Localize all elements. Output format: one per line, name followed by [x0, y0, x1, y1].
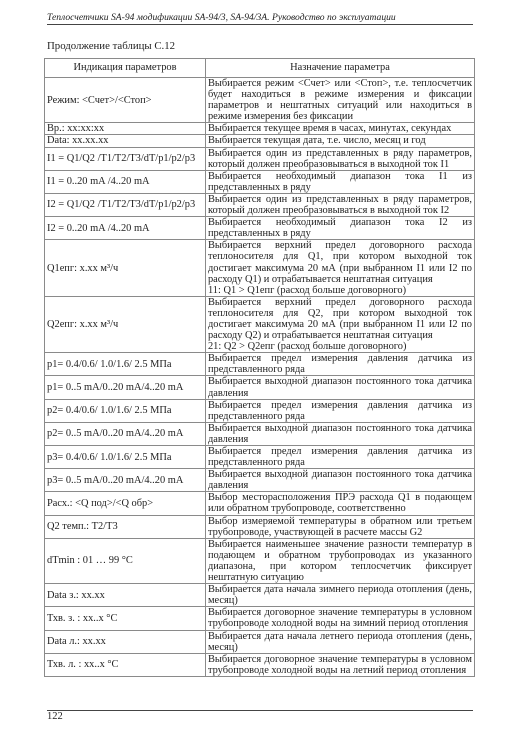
parameter-description: Выбирается необходимый диапазон тока I1 … [205, 170, 474, 193]
description-text: Выбирается один из представленных в ряду… [208, 148, 472, 170]
table-row: p1= 0.4/0.6/ 1.0/1.6/ 2.5 МПаВыбирается … [45, 353, 475, 376]
description-text: Выбирается текущее время в часах, минута… [208, 123, 472, 134]
description-text: Выбирается наименьшее значение разности … [208, 539, 472, 583]
table-row: I2 = Q1/Q2 /T1/T2/T3/dT/p1/p2/p3Выбирает… [45, 193, 475, 216]
parameter-indication: p3= 0..5 mA/0..20 mA/4..20 mA [45, 469, 206, 492]
description-text: Выбор месторасположения ПРЭ расхода Q1 в… [208, 492, 472, 514]
description-text: Выбирается выходной диапазон постоянного… [208, 376, 472, 398]
parameter-indication: Q2епг: x.xx м³/ч [45, 296, 206, 352]
parameter-description: Выбирается договорное значение температу… [205, 607, 474, 630]
footer-divider [47, 710, 473, 711]
parameter-indication: Q2 темп.: T2/T3 [45, 515, 206, 538]
parameter-description: Выбирается выходной диапазон постоянного… [205, 422, 474, 445]
parameter-description: Выбирается договорное значение температу… [205, 653, 474, 676]
column-header-purpose: Назначение параметра [205, 59, 474, 78]
parameter-indication: p2= 0..5 mA/0..20 mA/4..20 mA [45, 422, 206, 445]
parameter-indication: p3= 0.4/0.6/ 1.0/1.6/ 2.5 МПа [45, 446, 206, 469]
parameter-indication: I2 = 0..20 mA /4..20 mA [45, 217, 206, 240]
table-row: p3= 0..5 mA/0..20 mA/4..20 mAВыбирается … [45, 469, 475, 492]
parameter-description: Выбор месторасположения ПРЭ расхода Q1 в… [205, 492, 474, 515]
description-text: Выбор измеряемой температуры в обратном … [208, 516, 472, 538]
parameter-indication: Тхв. л. : xx..x °C [45, 653, 206, 676]
table-header-row: Индикация параметров Назначение параметр… [45, 59, 475, 78]
description-text: Выбирается текущая дата, т.е. число, мес… [208, 135, 472, 146]
table-caption: Продолжение таблицы С.12 [47, 40, 175, 52]
description-text: Выбирается предел измерения давления дат… [208, 446, 472, 468]
parameter-indication: I1 = 0..20 mA /4..20 mA [45, 170, 206, 193]
table-row: I1 = 0..20 mA /4..20 mAВыбирается необхо… [45, 170, 475, 193]
parameter-description: Выбирается наименьшее значение разности … [205, 538, 474, 583]
page-number: 122 [47, 711, 63, 722]
parameter-description: Выбирается выходной диапазон постоянного… [205, 469, 474, 492]
parameter-description: Выбирается предел измерения давления дат… [205, 399, 474, 422]
table-row: Data: xx.xx.xxВыбирается текущая дата, т… [45, 135, 475, 147]
alarm-condition-text: 11: Q1 > Q1епг (расход больше договорног… [208, 285, 472, 296]
description-text: Выбирается верхний предел договорного ра… [208, 240, 472, 284]
table-row: Q1епг: x.xx м³/чВыбирается верхний преде… [45, 240, 475, 296]
parameter-description: Выбирается один из представленных в ряду… [205, 147, 474, 170]
table-row: p3= 0.4/0.6/ 1.0/1.6/ 2.5 МПаВыбирается … [45, 446, 475, 469]
parameter-description: Выбирается предел измерения давления дат… [205, 353, 474, 376]
parameter-description: Выбирается выходной диапазон постоянного… [205, 376, 474, 399]
table-row: Q2епг: x.xx м³/чВыбирается верхний преде… [45, 296, 475, 352]
parameter-indication: dTmin : 01 … 99 °C [45, 538, 206, 583]
parameter-indication: Data: xx.xx.xx [45, 135, 206, 147]
parameter-indication: Вр.: xx:xx:xx [45, 123, 206, 135]
parameter-description: Выбор измеряемой температуры в обратном … [205, 515, 474, 538]
table-row: Тхв. з. : xx..x °CВыбирается договорное … [45, 607, 475, 630]
table-row: I2 = 0..20 mA /4..20 mAВыбирается необхо… [45, 217, 475, 240]
parameters-table: Индикация параметров Назначение параметр… [44, 58, 475, 677]
parameter-description: Выбирается режим <Счет> или <Стоп>, т.е.… [205, 78, 474, 123]
description-text: Выбирается дата начала летнего периода о… [208, 631, 472, 653]
description-text: Выбирается предел измерения давления дат… [208, 353, 472, 375]
parameter-description: Выбирается верхний предел договорного ра… [205, 240, 474, 296]
parameter-indication: Data л.: xx.xx [45, 630, 206, 653]
description-text: Выбирается режим <Счет> или <Стоп>, т.е.… [208, 78, 472, 122]
parameter-description: Выбирается верхний предел договорного ра… [205, 296, 474, 352]
table-row: Режим: <Счет>/<Стоп>Выбирается режим <Сч… [45, 78, 475, 123]
description-text: Выбирается договорное значение температу… [208, 654, 472, 676]
parameter-indication: Режим: <Счет>/<Стоп> [45, 78, 206, 123]
running-header: Теплосчетчики SA-94 модификации SA-94/3,… [47, 12, 473, 25]
table-row: Data л.: xx.xxВыбирается дата начала лет… [45, 630, 475, 653]
parameter-description: Выбирается один из представленных в ряду… [205, 193, 474, 216]
table-body: Режим: <Счет>/<Стоп>Выбирается режим <Сч… [45, 78, 475, 677]
parameter-description: Выбирается необходимый диапазон тока I2 … [205, 217, 474, 240]
description-text: Выбирается дата начала зимнего периода о… [208, 584, 472, 606]
parameter-indication: Расх.: <Q под>/<Q обр> [45, 492, 206, 515]
description-text: Выбирается договорное значение температу… [208, 607, 472, 629]
table-row: I1 = Q1/Q2 /T1/T2/T3/dT/p1/p2/p3Выбирает… [45, 147, 475, 170]
column-header-indication: Индикация параметров [45, 59, 206, 78]
parameter-description: Выбирается текущее время в часах, минута… [205, 123, 474, 135]
parameter-description: Выбирается предел измерения давления дат… [205, 446, 474, 469]
parameter-description: Выбирается дата начала зимнего периода о… [205, 584, 474, 607]
table-row: Расх.: <Q под>/<Q обр>Выбор месторасполо… [45, 492, 475, 515]
parameter-indication: p1= 0..5 mA/0..20 mA/4..20 mA [45, 376, 206, 399]
description-text: Выбирается необходимый диапазон тока I2 … [208, 217, 472, 239]
parameter-description: Выбирается текущая дата, т.е. число, мес… [205, 135, 474, 147]
description-text: Выбирается выходной диапазон постоянного… [208, 423, 472, 445]
description-text: Выбирается верхний предел договорного ра… [208, 297, 472, 341]
parameter-indication: p2= 0.4/0.6/ 1.0/1.6/ 2.5 МПа [45, 399, 206, 422]
alarm-condition-text: 21: Q2 > Q2епг (расход больше договорног… [208, 341, 472, 352]
table-row: Тхв. л. : xx..x °CВыбирается договорное … [45, 653, 475, 676]
table-row: dTmin : 01 … 99 °CВыбирается наименьшее … [45, 538, 475, 583]
description-text: Выбирается выходной диапазон постоянного… [208, 469, 472, 491]
table-row: Data з.: xx.xxВыбирается дата начала зим… [45, 584, 475, 607]
parameter-indication: Тхв. з. : xx..x °C [45, 607, 206, 630]
description-text: Выбирается необходимый диапазон тока I1 … [208, 171, 472, 193]
parameter-description: Выбирается дата начала летнего периода о… [205, 630, 474, 653]
table-row: p2= 0..5 mA/0..20 mA/4..20 mAВыбирается … [45, 422, 475, 445]
table-row: p2= 0.4/0.6/ 1.0/1.6/ 2.5 МПаВыбирается … [45, 399, 475, 422]
table-row: Вр.: xx:xx:xxВыбирается текущее время в … [45, 123, 475, 135]
description-text: Выбирается предел измерения давления дат… [208, 400, 472, 422]
description-text: Выбирается один из представленных в ряду… [208, 194, 472, 216]
table-row: p1= 0..5 mA/0..20 mA/4..20 mAВыбирается … [45, 376, 475, 399]
parameter-indication: I2 = Q1/Q2 /T1/T2/T3/dT/p1/p2/p3 [45, 193, 206, 216]
table-row: Q2 темп.: T2/T3Выбор измеряемой температ… [45, 515, 475, 538]
parameter-indication: I1 = Q1/Q2 /T1/T2/T3/dT/p1/p2/p3 [45, 147, 206, 170]
parameter-indication: Data з.: xx.xx [45, 584, 206, 607]
parameter-indication: p1= 0.4/0.6/ 1.0/1.6/ 2.5 МПа [45, 353, 206, 376]
parameter-indication: Q1епг: x.xx м³/ч [45, 240, 206, 296]
